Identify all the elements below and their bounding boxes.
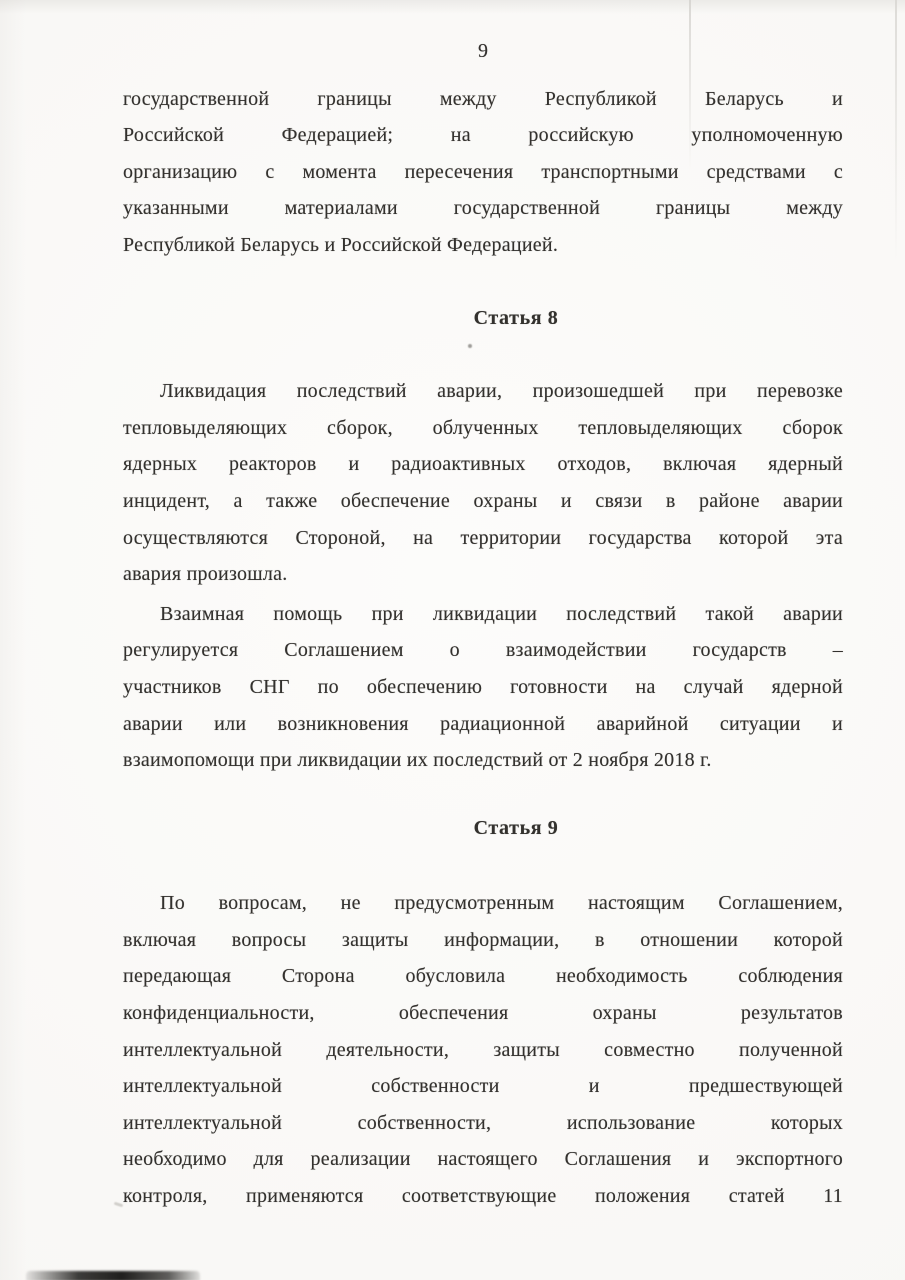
text-line: тепловыделяющих сборок, облученных тепло… xyxy=(123,410,843,447)
scan-bottom-smudge-artifact xyxy=(26,1271,200,1280)
text-line: участников СНГ по обеспечению готовности… xyxy=(123,669,843,706)
paragraph: Ликвидация последствий аварии, произошед… xyxy=(123,373,843,593)
scan-speck-artifact xyxy=(468,344,472,348)
scan-margin-mark-artifact xyxy=(114,1202,123,1208)
text-line: включая вопросы защиты информации, в отн… xyxy=(123,922,843,959)
text-line: передающая Сторона обусловила необходимо… xyxy=(123,958,843,995)
scan-streak-artifact xyxy=(895,0,897,260)
paragraph: государственной границы между Республико… xyxy=(123,81,843,264)
text-line: аварии или возникновения радиационной ав… xyxy=(123,706,843,743)
text-line: необходимо для реализации настоящего Сог… xyxy=(123,1141,843,1178)
text-line: организацию с момента пересечения трансп… xyxy=(123,154,843,191)
paragraph: По вопросам, не предусмотренным настоящи… xyxy=(123,885,843,1214)
text-line: Взаимная помощь при ликвидации последств… xyxy=(123,596,843,633)
paragraph: Взаимная помощь при ликвидации последств… xyxy=(123,596,843,779)
scanned-document-page: 9государственной границы между Республик… xyxy=(0,0,905,1280)
text-line: осуществляются Стороной, на территории г… xyxy=(123,520,843,557)
text-line: авария произошла. xyxy=(123,556,843,593)
text-line: государственной границы между Республико… xyxy=(123,81,843,118)
text-line: регулируется Соглашением о взаимодействи… xyxy=(123,632,843,669)
text-column: 9государственной границы между Республик… xyxy=(123,0,843,1215)
text-line: Российской Федерацией; на российскую упо… xyxy=(123,117,843,154)
text-line: конфиденциальности, обеспечения охраны р… xyxy=(123,995,843,1032)
article-heading: Статья 9 xyxy=(123,810,843,847)
text-line: ядерных реакторов и радиоактивных отходо… xyxy=(123,446,843,483)
article-heading: Статья 8 xyxy=(123,300,843,337)
text-line: контроля, применяются соответствующие по… xyxy=(123,1178,843,1215)
text-line: указанными материалами государственной г… xyxy=(123,190,843,227)
text-line: интеллектуальной собственности и предшес… xyxy=(123,1068,843,1105)
scan-streak-artifact xyxy=(689,0,691,170)
text-line: инцидент, а также обеспечение охраны и с… xyxy=(123,483,843,520)
text-line: интеллектуальной деятельности, защиты со… xyxy=(123,1032,843,1069)
text-line: Ликвидация последствий аварии, произошед… xyxy=(123,373,843,410)
page-number: 9 xyxy=(123,33,843,70)
text-line: Республикой Беларусь и Российской Федера… xyxy=(123,227,843,264)
text-line: По вопросам, не предусмотренным настоящи… xyxy=(123,885,843,922)
text-line: взаимопомощи при ликвидации их последств… xyxy=(123,742,843,779)
text-line: интеллектуальной собственности, использо… xyxy=(123,1105,843,1142)
